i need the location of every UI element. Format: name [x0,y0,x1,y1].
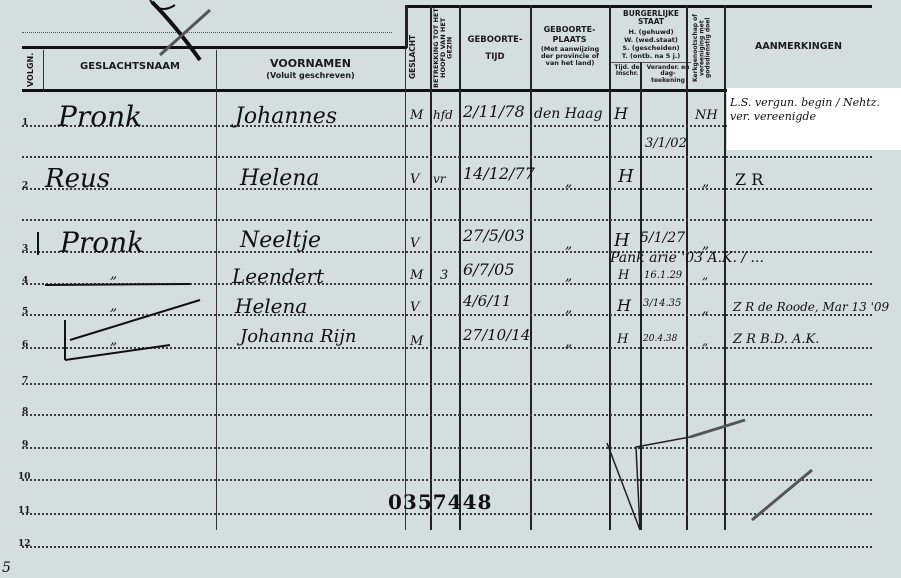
corner-mark: 5 [2,560,11,576]
serial-number: 0357448 [388,490,492,514]
